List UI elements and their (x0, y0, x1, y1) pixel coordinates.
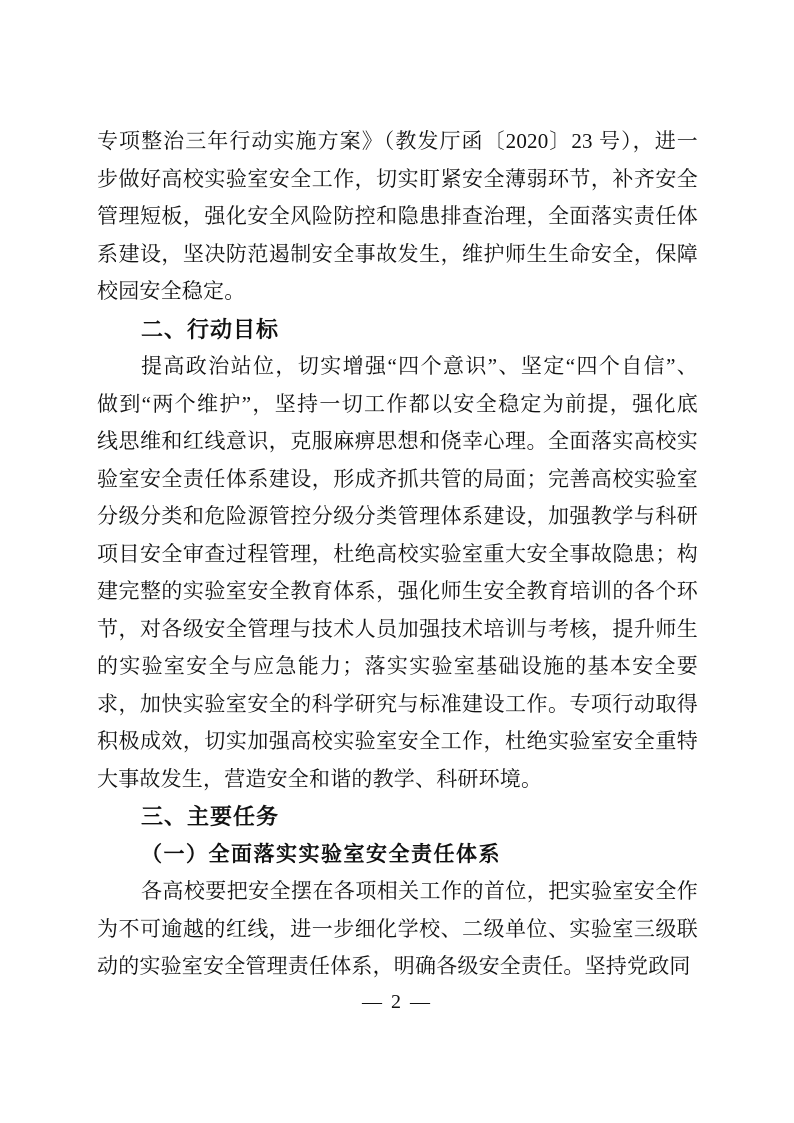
section-heading-action-goals: 二、行动目标 (97, 311, 698, 349)
text-line: 专项整治三年行动实施方案》（教发厅函〔2020〕23 号），进一 (97, 123, 698, 161)
text-line: 线思维和红线意识，克服麻痹思想和侥幸心理。全面落实高校实 (97, 423, 698, 461)
text-line: 为不可逾越的红线，进一步细化学校、二级单位、实验室三级联 (97, 911, 698, 949)
text-line: 管理短板，强化安全风险防控和隐患排查治理，全面落实责任体 (97, 198, 698, 236)
text-line: 分级分类和危险源管控分级分类管理体系建设，加强教学与科研 (97, 498, 698, 536)
text-line: 建完整的实验室安全教育体系，强化师生安全教育培训的各个环 (97, 573, 698, 611)
document-body: 专项整治三年行动实施方案》（教发厅函〔2020〕23 号），进一步做好高校实验室… (97, 123, 698, 986)
page-number: — 2 — (0, 987, 794, 1017)
text-line: 系建设，坚决防范遏制安全事故发生，维护师生生命安全，保障 (97, 236, 698, 274)
text-line: 节，对各级安全管理与技术人员加强技术培训与考核，提升师生 (97, 611, 698, 649)
text-line: 提高政治站位，切实增强“四个意识”、坚定“四个自信”、 (97, 348, 698, 386)
text-line: 的实验室安全与应急能力；落实实验室基础设施的基本安全要 (97, 648, 698, 686)
text-line: 积极成效，切实加强高校实验室安全工作，杜绝实验室安全重特 (97, 723, 698, 761)
text-line: 验室安全责任体系建设，形成齐抓共管的局面；完善高校实验室 (97, 461, 698, 499)
text-line: 步做好高校实验室安全工作，切实盯紧安全薄弱环节，补齐安全 (97, 161, 698, 199)
text-line: 做到“两个维护”，坚持一切工作都以安全稳定为前提，强化底 (97, 386, 698, 424)
text-line: 校园安全稳定。 (97, 273, 698, 311)
section-heading-main-tasks: 三、主要任务 (97, 798, 698, 836)
text-line: 各高校要把安全摆在各项相关工作的首位，把实验室安全作 (97, 873, 698, 911)
text-line: 动的实验室安全管理责任体系，明确各级安全责任。坚持党政同 (97, 948, 698, 986)
text-line: 求，加快实验室安全的科学研究与标准建设工作。专项行动取得 (97, 686, 698, 724)
text-line: 项目安全审查过程管理，杜绝高校实验室重大安全事故隐患；构 (97, 536, 698, 574)
document-page: 专项整治三年行动实施方案》（教发厅函〔2020〕23 号），进一步做好高校实验室… (0, 0, 794, 1123)
paragraph-responsibility-system: 各高校要把安全摆在各项相关工作的首位，把实验室安全作为不可逾越的红线，进一步细化… (97, 873, 698, 986)
paragraph-action-goals: 提高政治站位，切实增强“四个意识”、坚定“四个自信”、做到“两个维护”，坚持一切… (97, 348, 698, 798)
paragraph-continued-from-previous-page: 专项整治三年行动实施方案》（教发厅函〔2020〕23 号），进一步做好高校实验室… (97, 123, 698, 311)
subsection-heading-responsibility-system: （一）全面落实实验室安全责任体系 (97, 836, 698, 874)
text-line: 大事故发生，营造安全和谐的教学、科研环境。 (97, 761, 698, 799)
